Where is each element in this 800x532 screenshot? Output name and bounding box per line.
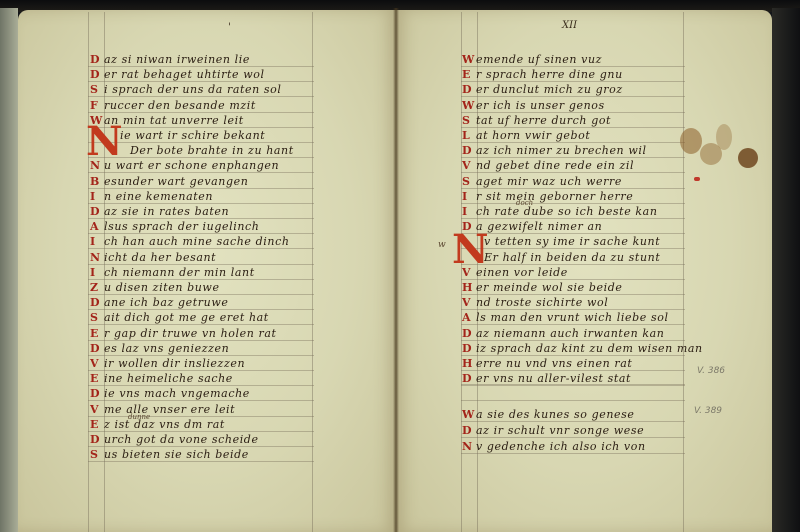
rubricated-initial: W	[462, 99, 472, 113]
water-stain	[716, 124, 732, 150]
line-text: az ir schult vnr songe wese	[476, 424, 644, 437]
rubricated-initial: E	[90, 372, 100, 386]
rubricated-initial: V	[462, 159, 472, 173]
line-text: einen vor leide	[476, 266, 568, 279]
rubricated-initial: D	[90, 387, 100, 401]
line-text: r gap dir truwe vn holen rat	[104, 327, 277, 340]
right-margin-mark: w	[438, 240, 446, 250]
line-text: ie wart ir schire bekant	[120, 129, 265, 142]
manuscript-line: Wa sie des kunes so genese	[462, 408, 634, 422]
line-text: nd troste sichirte wol	[476, 296, 608, 309]
line-text: ruccer den besande mzit	[104, 99, 256, 112]
folio-number: XII	[562, 20, 577, 31]
manuscript-line: Als man den vrunt wich liebe sol	[462, 311, 669, 325]
rubricated-initial: V	[462, 266, 472, 280]
line-text: a gezwifelt nimer an	[476, 220, 602, 233]
manuscript-line: Daz si niwan irweinen lie	[90, 53, 250, 67]
rubricated-initial: I	[90, 235, 100, 249]
rubricated-initial: W	[90, 114, 100, 128]
rubricated-initial: V	[90, 357, 100, 371]
rubricated-initial: I	[90, 266, 100, 280]
line-text: er meinde wol sie beide	[476, 281, 623, 294]
manuscript-line: Er half in beiden da zu stunt	[484, 251, 660, 265]
line-text: Der bote brahte in zu hant	[130, 144, 294, 157]
rubricated-initial: E	[462, 68, 472, 82]
rubricated-initial: N	[90, 159, 100, 173]
manuscript-line: Daz ich nimer zu brechen wil	[462, 144, 647, 158]
rubricated-initial: D	[90, 53, 100, 67]
line-text: az ich nimer zu brechen wil	[476, 144, 647, 157]
rubricated-initial: D	[462, 83, 472, 97]
line-text: v gedenche ich also ich von	[476, 440, 646, 453]
rubricated-initial: D	[90, 68, 100, 82]
manuscript-line: Ich niemann der min lant	[90, 266, 255, 280]
rubricated-initial: I	[462, 205, 472, 219]
line-text: ls man den vrunt wich liebe sol	[476, 311, 669, 324]
manuscript-line: Daz ir schult vnr songe wese	[462, 424, 644, 438]
rubricated-initial: S	[90, 83, 100, 97]
manuscript-line: Der bote brahte in zu hant	[130, 144, 294, 158]
manuscript-line: Wer ich is unser genos	[462, 99, 605, 113]
rubricated-initial: W	[462, 408, 472, 422]
rubricated-initial: H	[462, 357, 472, 371]
manuscript-line: In eine kemenaten	[90, 190, 213, 204]
manuscript-line: Vme alle vnser ere leit	[90, 403, 235, 417]
ruled-line	[461, 400, 685, 401]
line-text: az si niwan irweinen lie	[104, 53, 250, 66]
line-text: ch niemann der min lant	[104, 266, 255, 279]
rubricated-initial: D	[462, 144, 472, 158]
manuscript-line: Durch got da vone scheide	[90, 433, 259, 447]
manuscript-line: Der rat behaget uhtirte wol	[90, 68, 265, 82]
manuscript-line: Her meinde wol sie beide	[462, 281, 623, 295]
cover-edge-right	[772, 8, 800, 532]
manuscript-line: Veinen vor leide	[462, 266, 568, 280]
manuscript-line: Lat horn vwir gebot	[462, 129, 590, 143]
red-ink-spot	[694, 177, 700, 181]
left-top-mark: '	[228, 22, 231, 33]
line-text: i sprach der uns da raten sol	[104, 83, 282, 96]
rubricated-initial: D	[462, 327, 472, 341]
manuscript-line: Daz niemann auch irwanten kan	[462, 327, 664, 341]
left-margin-rule	[88, 12, 89, 532]
line-text: er ich is unser genos	[476, 99, 605, 112]
line-text: a sie des kunes so genese	[476, 408, 634, 421]
manuscript-line: Ez ist daz vns dm rat	[90, 418, 225, 432]
pencil-verse-note-386: V. 386	[697, 366, 725, 376]
line-text: er vns nu aller-vilest stat	[476, 372, 631, 385]
manuscript-line: Daz sie in rates baten	[90, 205, 229, 219]
rubricated-initial: Z	[90, 281, 100, 295]
line-text: ait dich got me ge eret hat	[104, 311, 269, 324]
manuscript-line: Alsus sprach der iugelinch	[90, 220, 259, 234]
manuscript-line: Er gap dir truwe vn holen rat	[90, 327, 277, 341]
manuscript-line: Zu disen ziten buwe	[90, 281, 220, 295]
manuscript-line: Si sprach der uns da raten sol	[90, 83, 282, 97]
rubricated-initial: E	[90, 418, 100, 432]
water-stain	[680, 128, 702, 154]
rubricated-initial: S	[90, 311, 100, 325]
rubricated-initial: D	[462, 372, 472, 386]
manuscript-line: Herre nu vnd vns einen rat	[462, 357, 632, 371]
manuscript-line: Eine heimeliche sache	[90, 372, 233, 386]
manuscript-line: Wemende uf sinen vuz	[462, 53, 602, 67]
rubricated-initial: B	[90, 175, 100, 189]
rubricated-initial: E	[90, 327, 100, 341]
line-text: aget mir waz uch werre	[476, 175, 622, 188]
manuscript-line: Des laz vns geniezzen	[90, 342, 229, 356]
line-text: emende uf sinen vuz	[476, 53, 602, 66]
rubricated-initial: A	[462, 311, 472, 325]
manuscript-line: Fruccer den besande mzit	[90, 99, 256, 113]
manuscript-line: Vir wollen dir insliezzen	[90, 357, 245, 371]
rubricated-initial: D	[90, 433, 100, 447]
line-text: Er half in beiden da zu stunt	[484, 251, 660, 264]
ink-blot	[738, 148, 758, 168]
line-text: iz sprach daz kint zu dem wisen man	[476, 342, 703, 355]
manuscript-line: Der vns nu aller-vilest stat	[462, 372, 631, 386]
line-text: ir wollen dir insliezzen	[104, 357, 245, 370]
manuscript-line: Vnd gebet dine rede ein zil	[462, 159, 634, 173]
manuscript-line: Saget mir waz uch werre	[462, 175, 622, 189]
line-text: tat uf herre durch got	[476, 114, 611, 127]
manuscript-line: Sus bieten sie sich beide	[90, 448, 249, 462]
manuscript-line: Ir sit mein geborner herre	[462, 190, 633, 204]
rubricated-initial: D	[90, 205, 100, 219]
manuscript-line: Ich han auch mine sache dinch	[90, 235, 290, 249]
manuscript-line: Da gezwifelt nimer an	[462, 220, 602, 234]
line-text: u wart er schone enphangen	[104, 159, 279, 172]
line-text: r sit mein geborner herre	[476, 190, 633, 203]
rubricated-initial: S	[90, 448, 100, 462]
large-initial-left: N	[86, 122, 123, 162]
manuscript-line: v tetten sy ime ir sache kunt	[484, 235, 660, 249]
rubricated-initial: F	[90, 99, 100, 113]
rubricated-initial: W	[462, 53, 472, 67]
line-text: lsus sprach der iugelinch	[104, 220, 259, 233]
rubricated-initial: N	[90, 251, 100, 265]
line-text: ch han auch mine sache dinch	[104, 235, 290, 248]
line-text: ie vns mach vngemache	[104, 387, 250, 400]
manuscript-line: Die vns mach vngemache	[90, 387, 250, 401]
manuscript-line: Ich rate dube so ich beste kan	[462, 205, 658, 219]
line-text: az sie in rates baten	[104, 205, 229, 218]
line-text: urch got da vone scheide	[104, 433, 259, 446]
manuscript-line: Nicht da her besant	[90, 251, 216, 265]
manuscript-line: Stat uf herre durch got	[462, 114, 611, 128]
manuscript-line: Vnd troste sichirte wol	[462, 296, 608, 310]
right-right-rule	[683, 12, 684, 532]
manuscript-line: Nv gedenche ich also ich von	[462, 440, 646, 454]
interlinear-gloss-left: dunne	[128, 413, 150, 421]
manuscript-line: Besunder wart gevangen	[90, 175, 248, 189]
manuscript-line: Sait dich got me ge eret hat	[90, 311, 269, 325]
rubricated-initial: D	[462, 424, 472, 438]
rubricated-initial: D	[462, 220, 472, 234]
rubricated-initial: S	[462, 175, 472, 189]
left-right-rule	[312, 12, 313, 532]
manuscript-line: Der dunclut mich zu groz	[462, 83, 623, 97]
line-text: an min tat unverre leit	[104, 114, 244, 127]
line-text: icht da her besant	[104, 251, 216, 264]
line-text: er dunclut mich zu groz	[476, 83, 623, 96]
rubricated-initial: D	[462, 342, 472, 356]
rubricated-initial: S	[462, 114, 472, 128]
line-text: ine heimeliche sache	[104, 372, 233, 385]
line-text: es laz vns geniezzen	[104, 342, 229, 355]
manuscript-line: Er sprach herre dine gnu	[462, 68, 623, 82]
line-text: me alle vnser ere leit	[104, 403, 235, 416]
rubricated-initial: D	[90, 342, 100, 356]
line-text: ane ich baz getruwe	[104, 296, 228, 309]
line-text: esunder wart gevangen	[104, 175, 248, 188]
line-text: v tetten sy ime ir sache kunt	[484, 235, 660, 248]
rubricated-initial: N	[462, 440, 472, 454]
interlinear-gloss-right: doch	[516, 199, 533, 207]
manuscript-line: Dane ich baz getruwe	[90, 296, 228, 310]
rubricated-initial: A	[90, 220, 100, 234]
manuscript-line: Wan min tat unverre leit	[90, 114, 244, 128]
line-text: er rat behaget uhtirte wol	[104, 68, 265, 81]
line-text: us bieten sie sich beide	[104, 448, 249, 461]
manuscript-line: Nu wart er schone enphangen	[90, 159, 279, 173]
rubricated-initial: L	[462, 129, 472, 143]
manuscript-line: Diz sprach daz kint zu dem wisen man	[462, 342, 703, 356]
line-text: n eine kemenaten	[104, 190, 213, 203]
manuscript-line: ie wart ir schire bekant	[120, 129, 265, 143]
rubricated-initial: D	[90, 296, 100, 310]
line-text: ch rate dube so ich beste kan	[476, 205, 658, 218]
cover-board-left	[0, 8, 18, 532]
line-text: u disen ziten buwe	[104, 281, 220, 294]
line-text: z ist daz vns dm rat	[104, 418, 225, 431]
line-text: erre nu vnd vns einen rat	[476, 357, 632, 370]
line-text: az niemann auch irwanten kan	[476, 327, 664, 340]
rubricated-initial: V	[462, 296, 472, 310]
rubricated-initial: H	[462, 281, 472, 295]
rubricated-initial: I	[90, 190, 100, 204]
line-text: at horn vwir gebot	[476, 129, 590, 142]
rubricated-initial: I	[462, 190, 472, 204]
pencil-verse-note-389: V. 389	[694, 406, 722, 416]
line-text: nd gebet dine rede ein zil	[476, 159, 634, 172]
line-text: r sprach herre dine gnu	[476, 68, 623, 81]
rubricated-initial: V	[90, 403, 100, 417]
gutter-fold	[393, 8, 399, 532]
